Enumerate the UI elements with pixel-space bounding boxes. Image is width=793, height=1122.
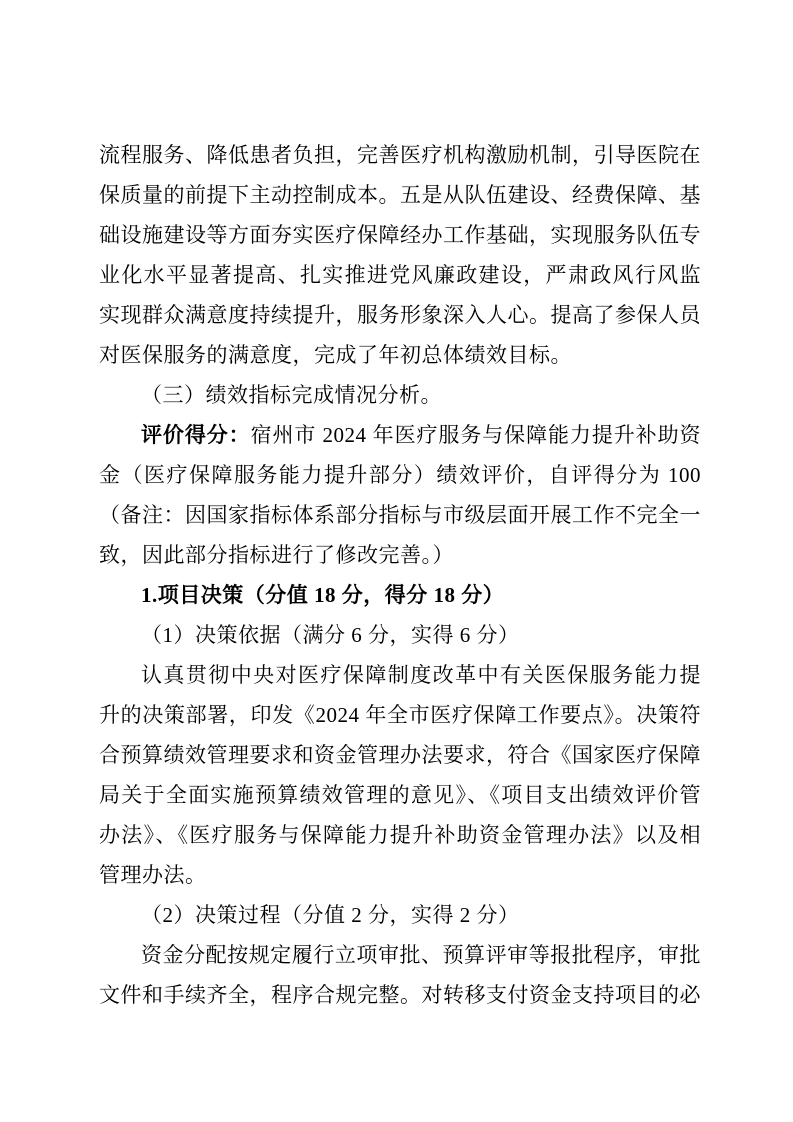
text-line: 金（医疗保障服务能力提升部分）绩效评价，自评得分为 100 分。 (99, 455, 701, 495)
text-run: 对医保服务的满意度，完成了年初总体绩效目标。 (99, 343, 572, 367)
text-line: 办法》、《医疗服务与保障能力提升补助资金管理办法》以及相关 (99, 815, 701, 855)
text-line: （三）绩效指标完成情况分析。 (99, 375, 701, 415)
text-run: 合预算绩效管理要求和资金管理办法要求，符合《国家医疗保障 (99, 743, 701, 767)
text-run: 保质量的前提下主动控制成本。五是从队伍建设、经费保障、基 (99, 183, 701, 207)
text-run: （1）决策依据（满分 6 分，实得 6 分） (141, 623, 520, 647)
text-line: 认真贯彻中央对医疗保障制度改革中有关医保服务能力提 (99, 655, 701, 695)
text-line: 实现群众满意度持续提升，服务形象深入人心。提高了参保人员 (99, 295, 701, 335)
text-line: 合预算绩效管理要求和资金管理办法要求，符合《国家医疗保障 (99, 735, 701, 775)
text-run: （三）绩效指标完成情况分析。 (141, 383, 442, 407)
text-run: 宿州市 2024 年医疗服务与保障能力提升补助资 (251, 423, 701, 447)
text-run: 评价得分： (141, 423, 251, 447)
text-run: 资金分配按规定履行立项审批、预算评审等报批程序，审批 (141, 943, 701, 967)
text-line: 础设施建设等方面夯实医疗保障经办工作基础，实现服务队伍专 (99, 215, 701, 255)
text-run: （2）决策过程（分值 2 分，实得 2 分） (141, 903, 520, 927)
text-line: 致，因此部分指标进行了修改完善。） (99, 535, 701, 575)
text-run: （备注：因国家指标体系部分指标与市级层面开展工作不完全一 (99, 503, 701, 527)
text-run: 业化水平显著提高、扎实推进党风廉政建设，严肃政风行风监管， (99, 263, 701, 295)
text-line: （1）决策依据（满分 6 分，实得 6 分） (99, 615, 701, 655)
text-line: 1.项目决策（分值 18 分，得分 18 分） (99, 575, 701, 615)
text-line: 保质量的前提下主动控制成本。五是从队伍建设、经费保障、基 (99, 175, 701, 215)
text-run: 升的决策部署，印发《2024 年全市医疗保障工作要点》。决策符 (99, 703, 701, 727)
text-line: 管理办法。 (99, 855, 701, 895)
text-line: （备注：因国家指标体系部分指标与市级层面开展工作不完全一 (99, 495, 701, 535)
document-text-block: 流程服务、降低患者负担，完善医疗机构激励机制，引导医院在保质量的前提下主动控制成… (99, 135, 701, 1015)
text-run: 流程服务、降低患者负担，完善医疗机构激励机制，引导医院在 (99, 143, 701, 167)
text-run: 实现群众满意度持续提升，服务形象深入人心。提高了参保人员 (99, 303, 701, 327)
text-line: （2）决策过程（分值 2 分，实得 2 分） (99, 895, 701, 935)
document-page: 流程服务、降低患者负担，完善医疗机构激励机制，引导医院在保质量的前提下主动控制成… (0, 0, 793, 1122)
text-run: 文件和手续齐全，程序合规完整。对转移支付资金支持项目的必 (99, 983, 701, 1007)
text-line: 文件和手续齐全，程序合规完整。对转移支付资金支持项目的必 (99, 975, 701, 1015)
text-run: 致，因此部分指标进行了修改完善。） (99, 543, 454, 567)
text-line: 资金分配按规定履行立项审批、预算评审等报批程序，审批 (99, 935, 701, 975)
text-line: 业化水平显著提高、扎实推进党风廉政建设，严肃政风行风监管， (99, 255, 701, 295)
text-line: 对医保服务的满意度，完成了年初总体绩效目标。 (99, 335, 701, 375)
text-run: 管理办法。 (99, 863, 207, 887)
text-run: 局关于全面实施预算绩效管理的意见》、《项目支出绩效评价管理 (99, 783, 701, 815)
text-run: 1.项目决策（分值 18 分，得分 18 分） (141, 583, 504, 607)
text-line: 评价得分：宿州市 2024 年医疗服务与保障能力提升补助资 (99, 415, 701, 455)
text-run: 办法》、《医疗服务与保障能力提升补助资金管理办法》以及相关 (99, 823, 701, 855)
text-line: 流程服务、降低患者负担，完善医疗机构激励机制，引导医院在 (99, 135, 701, 175)
text-line: 局关于全面实施预算绩效管理的意见》、《项目支出绩效评价管理 (99, 775, 701, 815)
text-line: 升的决策部署，印发《2024 年全市医疗保障工作要点》。决策符 (99, 695, 701, 735)
text-run: 认真贯彻中央对医疗保障制度改革中有关医保服务能力提 (141, 663, 701, 687)
text-run: 金（医疗保障服务能力提升部分）绩效评价，自评得分为 100 分。 (99, 463, 701, 495)
text-run: 础设施建设等方面夯实医疗保障经办工作基础，实现服务队伍专 (99, 223, 701, 247)
